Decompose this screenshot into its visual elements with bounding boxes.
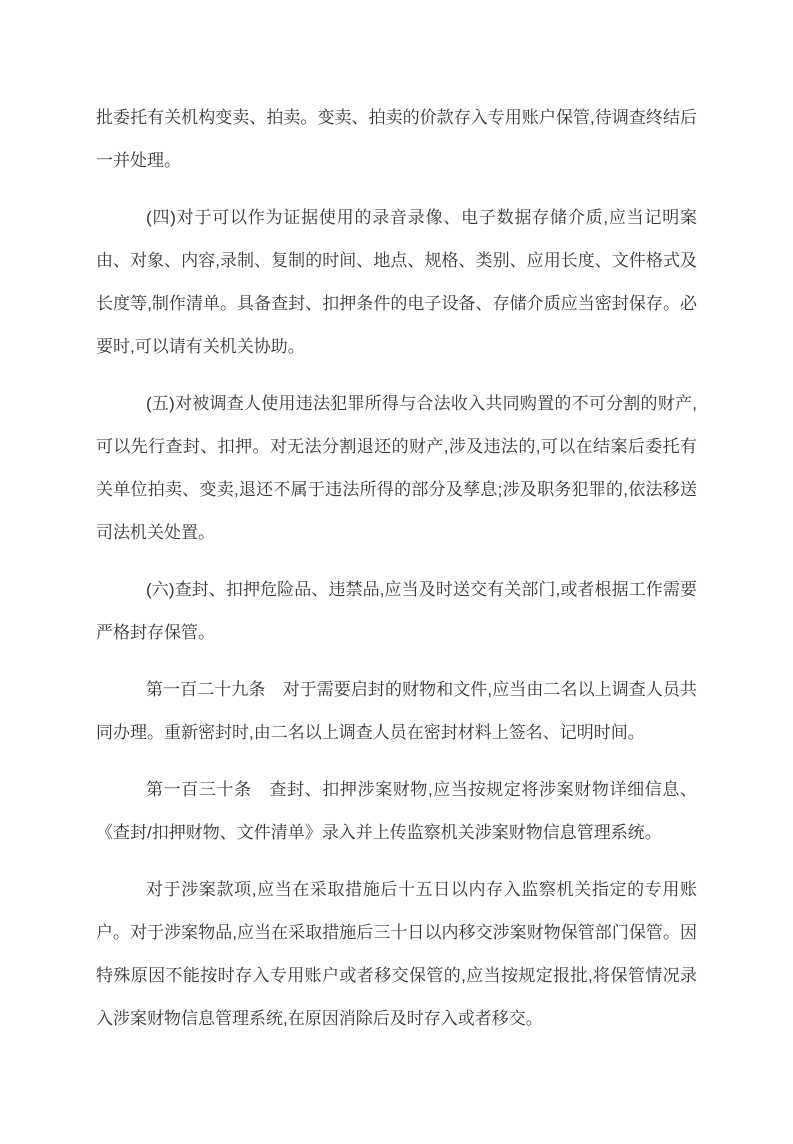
- paragraph-item-5-indivisible-property: (五)对被调查人使用违法犯罪所得与合法收入共同购置的不可分割的财产,可以先行查封…: [96, 382, 697, 554]
- paragraph-article-130-property-registration: 第一百三十条 查封、扣押涉案财物,应当按规定将涉案财物详细信息、《查封/扣押财物…: [96, 768, 697, 854]
- paragraph-item-6-dangerous-contraband: (六)查封、扣押危险品、违禁品,应当及时送交有关部门,或者根据工作需要严格封存保…: [96, 568, 697, 654]
- paragraph-article-129-unsealing: 第一百二十九条 对于需要启封的财物和文件,应当由二名以上调查人员共同办理。重新密…: [96, 668, 697, 754]
- document-viewport: 批委托有关机构变卖、拍卖。变卖、拍卖的价款存入专用账户保管,待调查终结后一并处理…: [0, 0, 793, 1144]
- paragraph-item-4-recordings-storage-media: (四)对于可以作为证据使用的录音录像、电子数据存储介质,应当记明案由、对象、内容…: [96, 196, 697, 368]
- document-page: 批委托有关机构变卖、拍卖。变卖、拍卖的价款存入专用账户保管,待调查终结后一并处理…: [96, 0, 697, 1144]
- paragraph-funds-and-items-handling: 对于涉案款项,应当在采取措施后十五日以内存入监察机关指定的专用账户。对于涉案物品…: [96, 868, 697, 1040]
- paragraph-continuation-auction-proceeds: 批委托有关机构变卖、拍卖。变卖、拍卖的价款存入专用账户保管,待调查终结后一并处理…: [96, 96, 697, 182]
